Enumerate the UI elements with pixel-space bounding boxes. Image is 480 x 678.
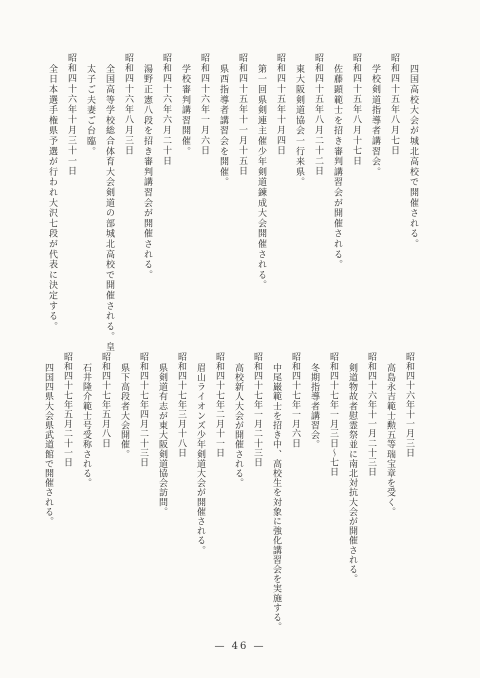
chronology-date: 昭和四十六年六月二十日 <box>156 53 175 353</box>
chronology-date: 昭和四十七年二月十一日 <box>209 352 228 642</box>
chronology-event: 湯野正憲八段を招き審判講習会が開催される。 <box>137 53 156 353</box>
chronology-date: 昭和四十六年十一月二十三日 <box>361 352 380 642</box>
chronology-event: 全日本選手権県予選が行われ大沢七段が代表に決定する。 <box>42 53 61 353</box>
chronology-date: 昭和四十七年五月二十一日 <box>57 352 76 642</box>
chronology-event: 高校新人大会が開催される。 <box>228 352 247 642</box>
page-number: — 46 — <box>0 641 480 652</box>
chronology-date: 昭和四十六年十一月三日 <box>399 352 418 642</box>
chronology-date: 昭和四十五年十月四日 <box>270 53 289 353</box>
chronology-event: 四国四県大会県武道館で開催される。 <box>38 352 57 642</box>
chronology-event: 全国高等学校総合体育大会剣道の部城北高校で開催される。皇 <box>99 53 118 353</box>
chronology-date: 昭和四十七年一月二十三日 <box>247 352 266 642</box>
chronology-date: 昭和四十七年四月二十三日 <box>133 352 152 642</box>
chronology-date: 昭和四十五年八月二十二日 <box>308 53 327 353</box>
chronology-event: 冬期指導者講習会。 <box>304 352 323 642</box>
chronology-band-top: 四国高校大会が城北高校で開催される。 昭和四十五年八月七日 学校剣道指導者講習会… <box>42 53 422 353</box>
chronology-band-bottom: 昭和四十六年十一月三日 高島永吉範士勲五等瑞宝章を受く。 昭和四十六年十一月二十… <box>38 352 418 642</box>
chronology-date: 昭和四十六年十月三十一日 <box>61 53 80 353</box>
chronology-date: 昭和四十五年十一月十五日 <box>232 53 251 353</box>
chronology-event: 四国高校大会が城北高校で開催される。 <box>403 53 422 353</box>
chronology-event: 東大阪剣道協会一行来県。 <box>289 53 308 353</box>
chronology-event-continuation: 太子ご夫妻ご台臨。 <box>80 53 99 353</box>
chronology-date: 昭和四十六年八月三日 <box>118 53 137 353</box>
document-page: 四国高校大会が城北高校で開催される。 昭和四十五年八月七日 学校剣道指導者講習会… <box>0 0 480 678</box>
chronology-date: 昭和四十五年八月七日 <box>384 53 403 353</box>
chronology-event: 学校剣道指導者講習会。 <box>365 53 384 353</box>
chronology-event: 県西指導者講習会を開催。 <box>213 53 232 353</box>
chronology-event: 高島永吉範士勲五等瑞宝章を受く。 <box>380 352 399 642</box>
chronology-date: 昭和四十七年一月六日 <box>285 352 304 642</box>
chronology-event: 石井隆介範士号受称される。 <box>76 352 95 642</box>
chronology-date: 昭和四十七年三月十八日 <box>171 352 190 642</box>
chronology-event: 県下高段者大会開催。 <box>114 352 133 642</box>
chronology-event: 眉山ライオンズ少年剣道大会が開催される。 <box>190 352 209 642</box>
chronology-event: 中尾巌範士を招き中、高校生を対象に強化講習会を実施する。 <box>266 352 285 642</box>
chronology-date: 昭和四十五年八月十七日 <box>346 53 365 353</box>
chronology-event: 佐藤顕範士を招き審判講習会が開催される。 <box>327 53 346 353</box>
chronology-date: 昭和四十七年一月三日〜七日 <box>323 352 342 642</box>
chronology-date: 昭和四十七年五月八日 <box>95 352 114 642</box>
chronology-event: 第一回県剣連主催少年剣道錬成大会開催される。 <box>251 53 270 353</box>
chronology-date: 昭和四十六年一月六日 <box>194 53 213 353</box>
chronology-event: 剣道物故者慰霊祭並に南北対抗大会が開催される。 <box>342 352 361 642</box>
chronology-event: 学校審判講習開催。 <box>175 53 194 353</box>
chronology-event: 県剣道有志が東大阪剣道協会訪問。 <box>152 352 171 642</box>
